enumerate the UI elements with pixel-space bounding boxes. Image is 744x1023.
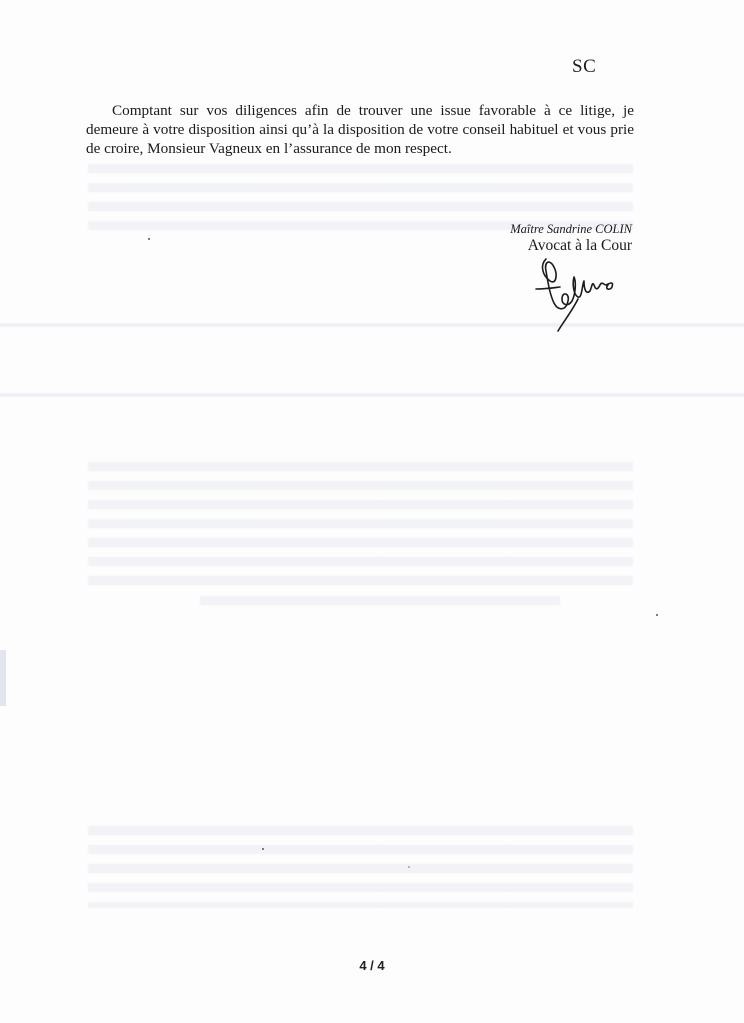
scan-speck [148,238,150,240]
signature-block: Maître Sandrine COLIN Avocat à la Cour [510,221,632,255]
show-through-text [200,596,560,608]
scan-band [0,392,744,398]
closing-paragraph: Comptant sur vos diligences afin de trou… [86,101,634,158]
handwritten-signature-icon [532,255,632,335]
scan-speck [262,848,264,850]
scan-speck [408,866,410,868]
header-initials: SC [572,56,596,78]
scan-band [0,322,744,328]
scan-edge-mark [0,650,6,706]
document-page: SC Comptant sur vos diligences afin de t… [0,0,744,1023]
scan-speck [656,614,658,616]
letter-body: Comptant sur vos diligences afin de trou… [86,101,634,158]
show-through-text [88,826,633,908]
signer-name: Maître Sandrine COLIN [510,221,632,237]
show-through-text [88,462,633,592]
signer-title: Avocat à la Cour [510,237,632,255]
page-number: 4 / 4 [0,958,744,973]
